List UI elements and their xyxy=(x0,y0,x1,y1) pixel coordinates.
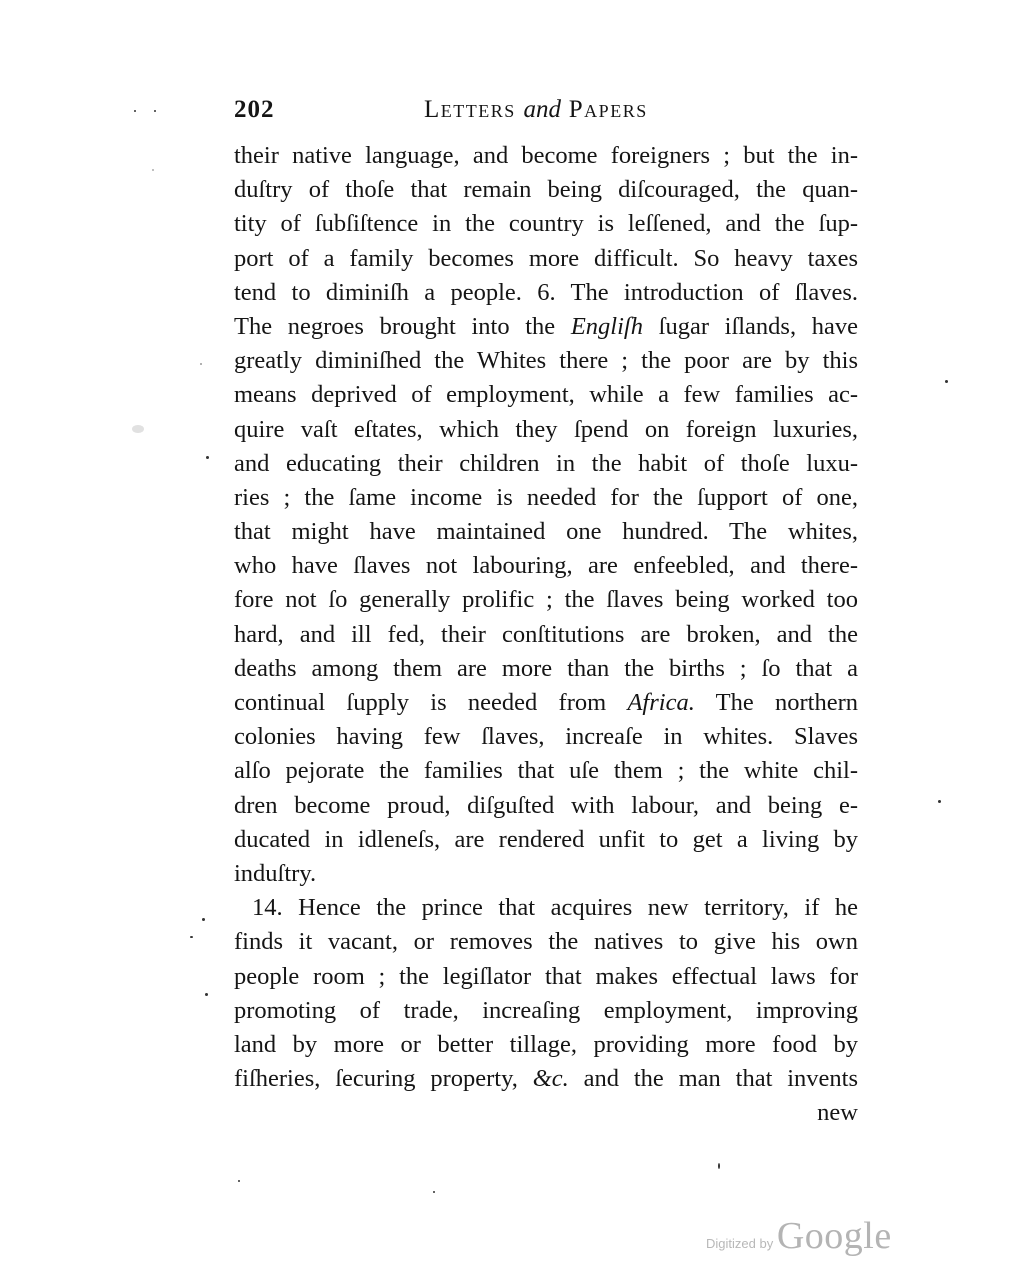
text-line: tity of ſubſiſtence in the country is le… xyxy=(234,207,858,241)
running-head: Letters and Papers xyxy=(424,96,648,124)
paragraph-start-line: 14. Hence the prince that acquires new t… xyxy=(234,891,858,925)
text-line: who have ſlaves not labouring, are enfee… xyxy=(234,549,858,583)
italic-word-english: Engliſh xyxy=(571,313,643,340)
scan-speck xyxy=(433,1191,435,1193)
text-line: promoting of trade, increaſing employmen… xyxy=(234,994,858,1028)
scan-speck xyxy=(205,993,208,996)
text-fragment: and the man that invents xyxy=(569,1065,858,1092)
italic-etc: &c. xyxy=(533,1065,569,1092)
scan-speck xyxy=(190,936,193,938)
text-line: means deprived of employment, while a fe… xyxy=(234,378,858,412)
text-line: deaths among them are more than the birt… xyxy=(234,652,858,686)
page-number: 202 xyxy=(234,96,275,124)
text-line: continual ſupply is needed from Africa. … xyxy=(234,686,858,720)
scan-speck xyxy=(134,110,136,112)
text-line: fiſheries, ſecuring property, &c. and th… xyxy=(234,1062,858,1096)
scanned-book-page: 202 Letters and Papers their native lang… xyxy=(0,0,1014,1282)
text-fragment: The negroes brought into the xyxy=(234,313,571,340)
catchword: new xyxy=(234,1096,858,1130)
scan-speck xyxy=(938,800,941,803)
text-line: ries ; the ſame income is needed for the… xyxy=(234,481,858,515)
scan-speck xyxy=(152,169,154,171)
running-head-part-1: Letters xyxy=(424,96,524,123)
text-line: greatly diminiſhed the Whites there ; th… xyxy=(234,344,858,378)
text-line: tend to diminiſh a people. 6. The introd… xyxy=(234,276,858,310)
text-line: port of a family becomes more difficult.… xyxy=(234,242,858,276)
text-line: quire vaſt eſtates, which they ſpend on … xyxy=(234,413,858,447)
scan-speck xyxy=(154,110,156,112)
text-line: hard, and ill fed, their conſtitutions a… xyxy=(234,618,858,652)
scan-speck xyxy=(206,456,209,459)
text-fragment: ſugar iſlands, have xyxy=(643,313,858,340)
page-header: 202 Letters and Papers xyxy=(234,96,858,132)
digitized-by-google-watermark: Digitized by Google xyxy=(706,1214,892,1258)
text-line: The negroes brought into the Engliſh ſug… xyxy=(234,310,858,344)
text-line: colonies having few ſlaves, increaſe in … xyxy=(234,720,858,754)
scan-speck xyxy=(200,363,202,365)
text-line: and educating their children in the habi… xyxy=(234,447,858,481)
scan-speck xyxy=(945,380,948,383)
text-fragment: continual ſupply is needed from xyxy=(234,689,627,716)
text-line: people room ; the legiſlator that makes … xyxy=(234,960,858,994)
text-line: finds it vacant, or removes the natives … xyxy=(234,925,858,959)
scan-speck xyxy=(132,425,144,433)
scan-speck xyxy=(202,918,205,921)
text-line: induſtry. xyxy=(234,857,858,891)
italic-word-africa: Africa. xyxy=(627,689,694,716)
text-line: that might have maintained one hundred. … xyxy=(234,515,858,549)
scan-speck xyxy=(238,1180,240,1182)
text-line: fore not ſo generally prolific ; the ſla… xyxy=(234,583,858,617)
body-text: their native language, and become foreig… xyxy=(234,139,858,1130)
running-head-and: and xyxy=(524,96,562,123)
text-line: alſo pejorate the families that uſe them… xyxy=(234,754,858,788)
google-logo-text: Google xyxy=(777,1215,892,1257)
text-line: land by more or better tillage, providin… xyxy=(234,1028,858,1062)
text-fragment: fiſheries, ſecuring property, xyxy=(234,1065,533,1092)
text-line: ducated in idleneſs, are rendered unfit … xyxy=(234,823,858,857)
text-line: their native language, and become foreig… xyxy=(234,139,858,173)
running-head-part-2: Papers xyxy=(561,96,648,123)
text-line: dren become proud, diſguſted with labour… xyxy=(234,789,858,823)
watermark-prefix: Digitized by xyxy=(706,1236,777,1251)
text-line: duſtry of thoſe that remain being diſcou… xyxy=(234,173,858,207)
text-fragment: The northern xyxy=(695,689,858,716)
scan-speck xyxy=(718,1163,720,1169)
